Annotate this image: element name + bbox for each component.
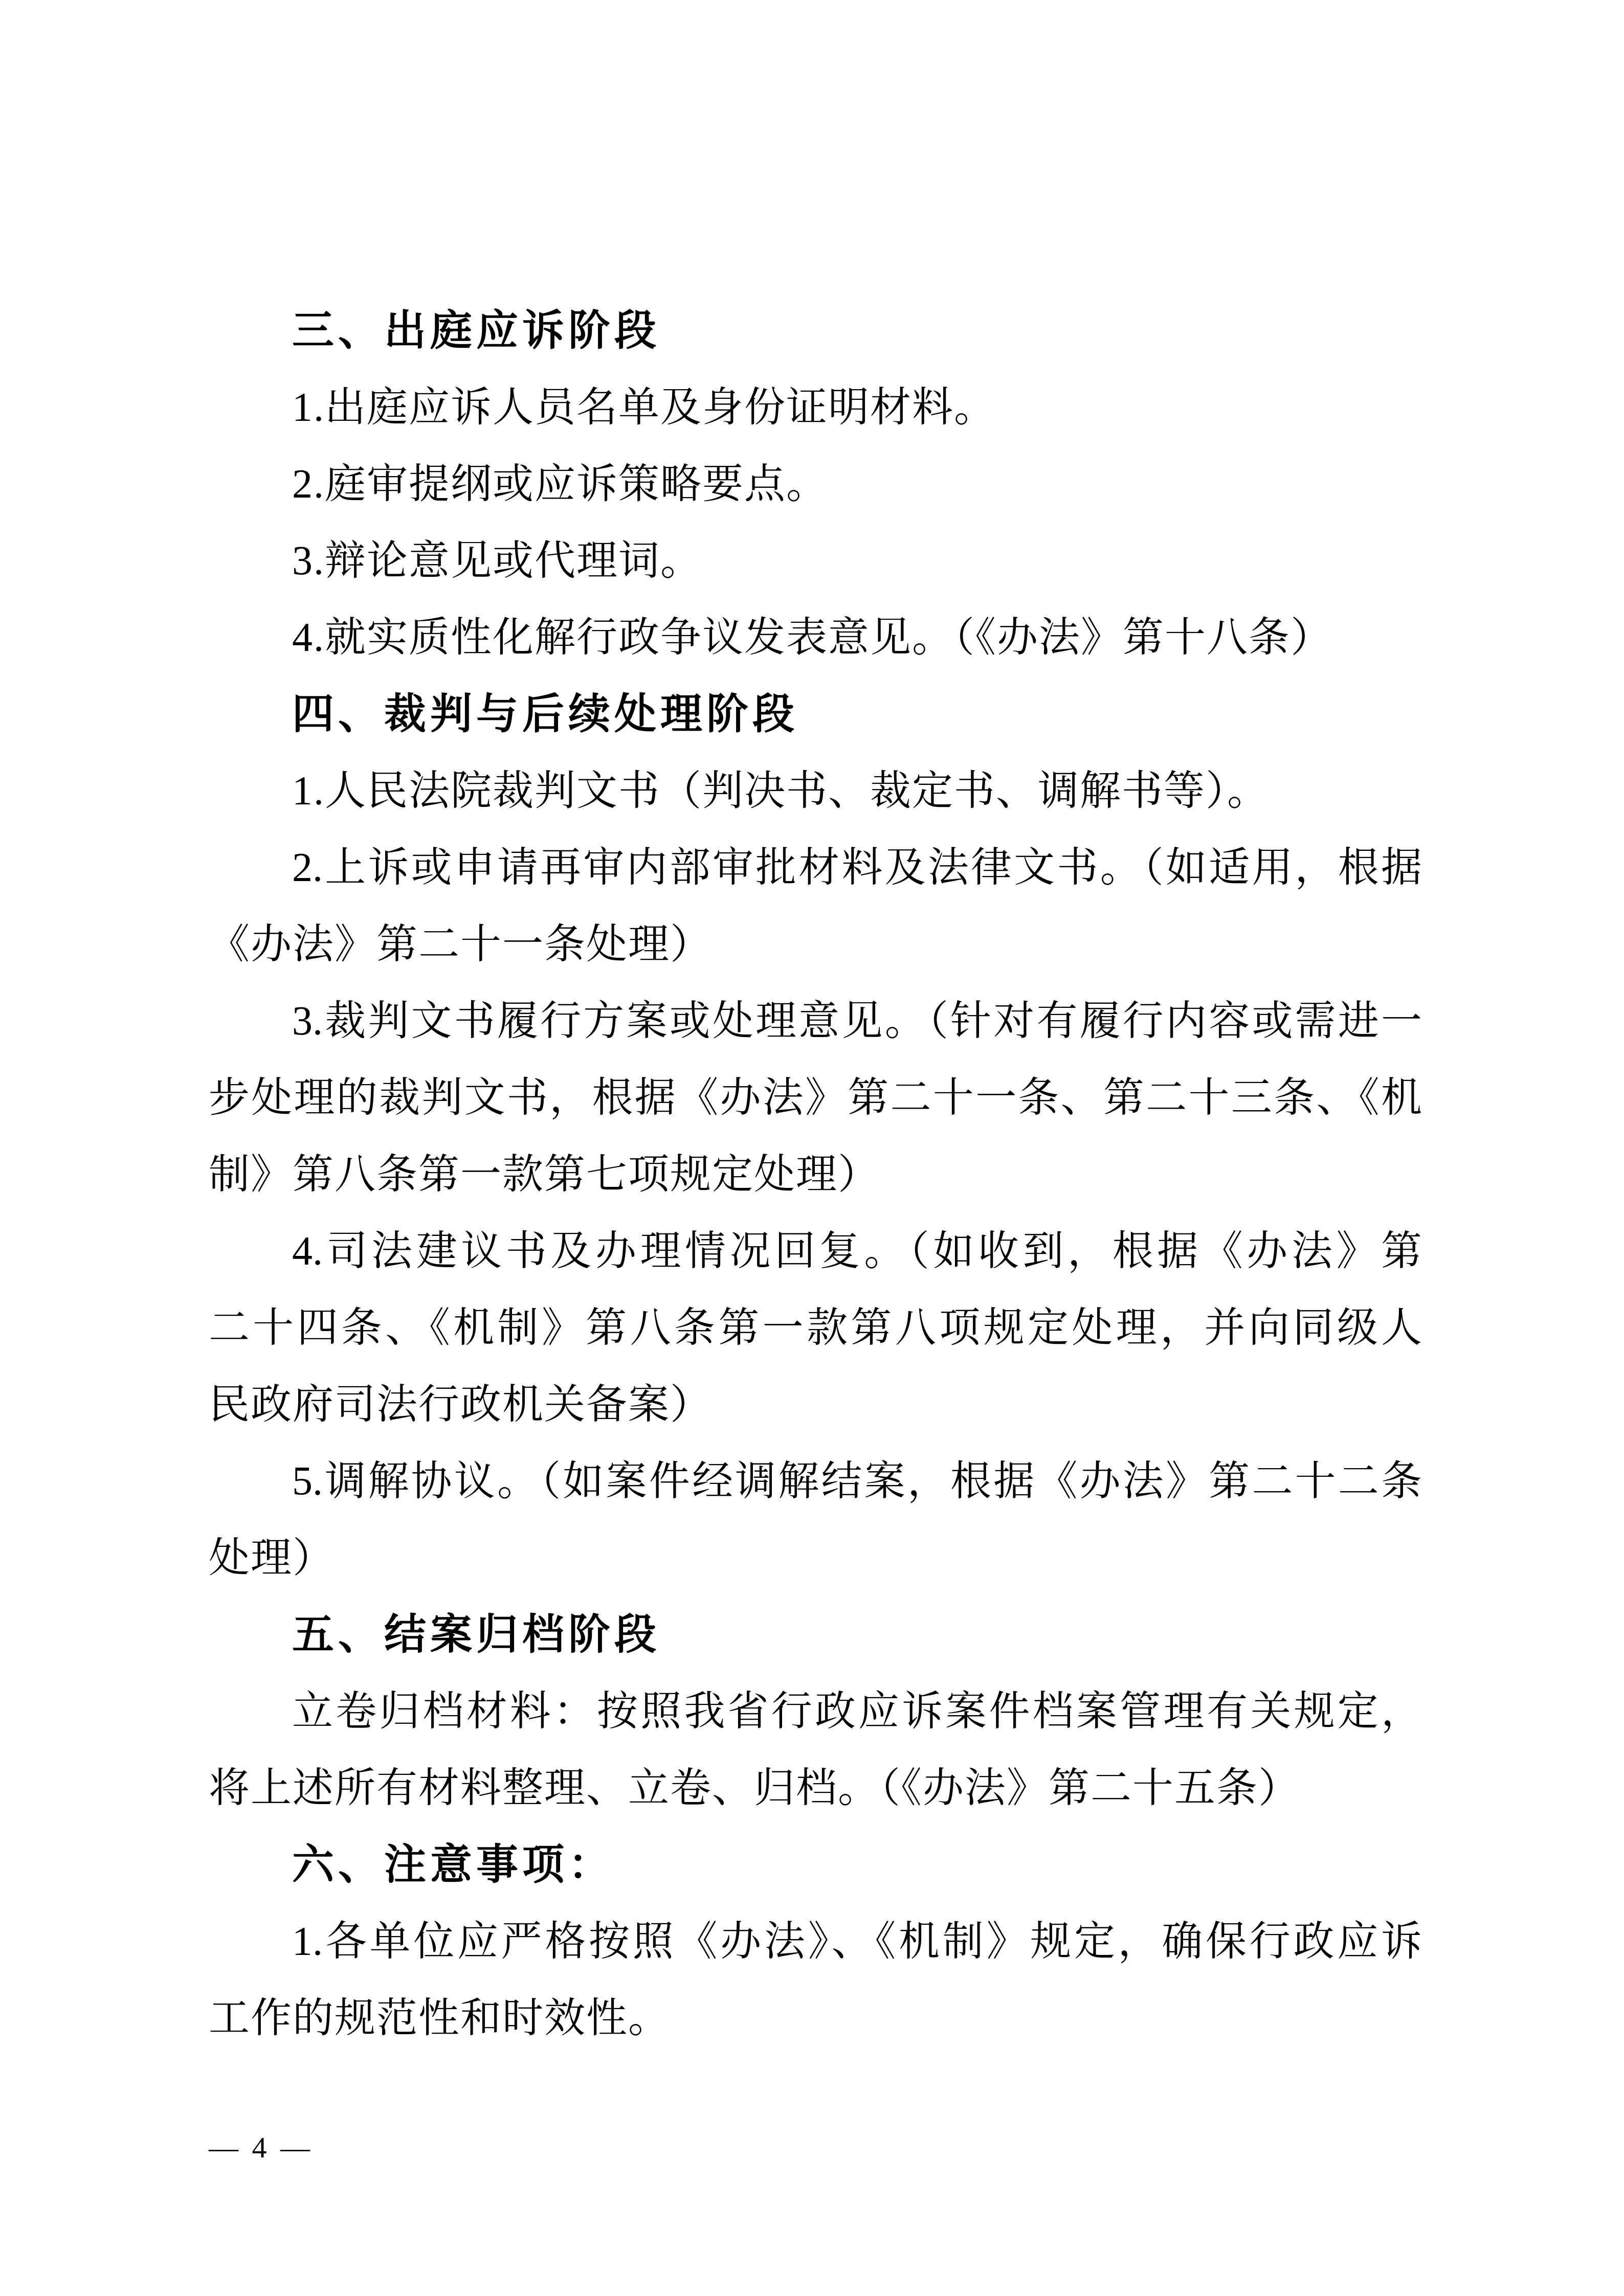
text-line: 5.调解协议。（如案件经调解结案，根据《办法》第二十二条 [209,1443,1422,1520]
section-heading: 六、注意事项： [209,1827,1422,1903]
text-line: 二十四条、《机制》第八条第一款第八项规定处理，并向同级人 [209,1290,1422,1366]
text-line: 处理） [209,1520,1422,1596]
text-line: 2.庭审提纲或应诉策略要点。 [209,446,1422,523]
text-line: 将上述所有材料整理、立卷、归档。（《办法》第二十五条） [209,1750,1422,1827]
text-line: 1.出庭应诉人员名单及身份证明材料。 [209,369,1422,446]
text-line: 4.司法建议书及办理情况回复。（如收到，根据《办法》第 [209,1213,1422,1290]
text-line: 2.上诉或申请再审内部审批材料及法律文书。（如适用，根据 [209,829,1422,906]
page-footer: — 4 — [209,2127,313,2168]
text-line: 民政府司法行政机关备案） [209,1366,1422,1443]
text-line: 《办法》第二十一条处理） [209,906,1422,983]
document-page: 三、出庭应诉阶段1.出庭应诉人员名单及身份证明材料。2.庭审提纲或应诉策略要点。… [0,0,1624,2296]
text-line: 1.人民法院裁判文书（判决书、裁定书、调解书等）。 [209,753,1422,829]
text-line: 制》第八条第一款第七项规定处理） [209,1136,1422,1213]
text-line: 立卷归档材料：按照我省行政应诉案件档案管理有关规定， [209,1673,1422,1750]
section-heading: 五、结案归档阶段 [209,1596,1422,1673]
text-line: 1.各单位应严格按照《办法》、《机制》规定，确保行政应诉 [209,1903,1422,1980]
document-body: 三、出庭应诉阶段1.出庭应诉人员名单及身份证明材料。2.庭审提纲或应诉策略要点。… [209,292,1422,2057]
page-number: — 4 — [209,2131,313,2164]
text-line: 3.裁判文书履行方案或处理意见。（针对有履行内容或需进一 [209,983,1422,1060]
text-line: 4.就实质性化解行政争议发表意见。（《办法》第十八条） [209,599,1422,676]
text-line: 步处理的裁判文书，根据《办法》第二十一条、第二十三条、《机 [209,1060,1422,1136]
text-line: 工作的规范性和时效性。 [209,1980,1422,2057]
section-heading: 四、裁判与后续处理阶段 [209,676,1422,753]
section-heading: 三、出庭应诉阶段 [209,292,1422,369]
text-line: 3.辩论意见或代理词。 [209,523,1422,599]
